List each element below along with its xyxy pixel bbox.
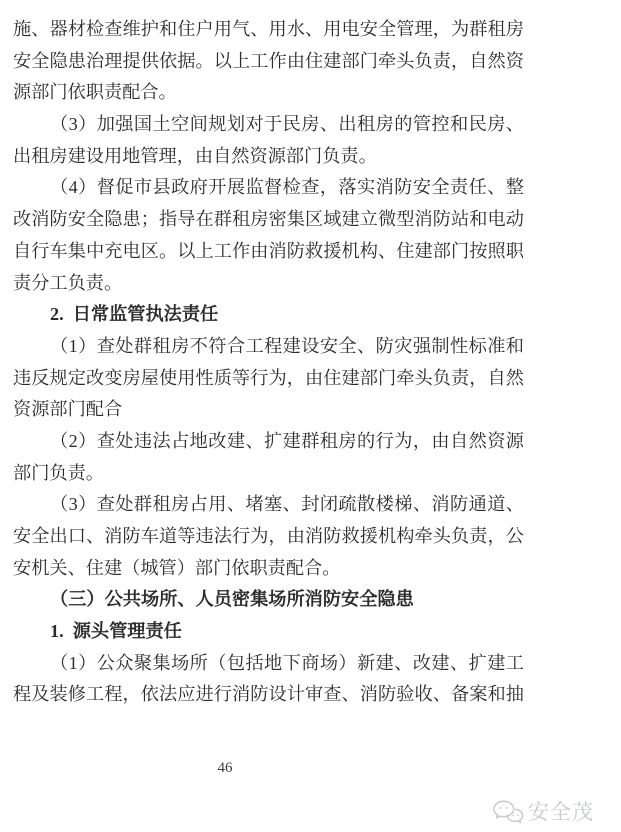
text-line: 施、器材检查维护和住户用气、用水、用电安全管理，为群租房 <box>13 14 524 46</box>
watermark-text: 安全茂 <box>528 799 594 826</box>
text-line: （2）查处违法占地改建、扩建群租房的行为，由自然资源 <box>13 426 524 458</box>
text-line: （三）公共场所、人员密集场所消防安全隐患 <box>13 584 524 616</box>
text-line: 2. 日常监管执法责任 <box>13 299 524 331</box>
page-number: 46 <box>200 760 250 777</box>
text-line: 安全隐患治理提供依据。以上工作由住建部门牵头负责，自然资 <box>13 46 524 78</box>
text-block: 施、器材检查维护和住户用气、用水、用电安全管理，为群租房安全隐患治理提供依据。以… <box>13 14 524 711</box>
text-line: 程及装修工程，依法应进行消防设计审查、消防验收、备案和抽 <box>13 679 524 711</box>
text-line: 违反规定改变房屋使用性质等行为，由住建部门牵头负责，自然 <box>13 363 524 395</box>
text-line: 源部门依职责配合。 <box>13 77 524 109</box>
text-line: 1. 源头管理责任 <box>13 616 524 648</box>
text-line: 改消防安全隐患；指导在群租房密集区域建立微型消防站和电动 <box>13 204 524 236</box>
text-line: （1）查处群租房不符合工程建设安全、防灾强制性标准和 <box>13 331 524 363</box>
text-line: 自行车集中充电区。以上工作由消防救援机构、住建部门按照职 <box>13 236 524 268</box>
text-line: 部门负责。 <box>13 458 524 490</box>
text-line: 出租房建设用地管理，由自然资源部门负责。 <box>13 141 524 173</box>
text-line: 安全出口、消防车道等违法行为，由消防救援机构牵头负责，公 <box>13 521 524 553</box>
text-line: （3）加强国土空间规划对于民房、出租房的管控和民房、 <box>13 109 524 141</box>
wechat-chat-bubbles-icon <box>492 799 524 826</box>
text-line: （1）公众聚集场所（包括地下商场）新建、改建、扩建工 <box>13 648 524 680</box>
text-line: 责分工负责。 <box>13 268 524 300</box>
watermark: 安全茂 <box>492 799 594 826</box>
document-page: 施、器材检查维护和住户用气、用水、用电安全管理，为群租房安全隐患治理提供依据。以… <box>0 0 621 832</box>
text-line: （3）查处群租房占用、堵塞、封闭疏散楼梯、消防通道、 <box>13 489 524 521</box>
text-line: （4）督促市县政府开展监督检查，落实消防安全责任、整 <box>13 172 524 204</box>
text-line: 资源部门配合 <box>13 394 524 426</box>
text-line: 安机关、住建（城管）部门依职责配合。 <box>13 553 524 585</box>
